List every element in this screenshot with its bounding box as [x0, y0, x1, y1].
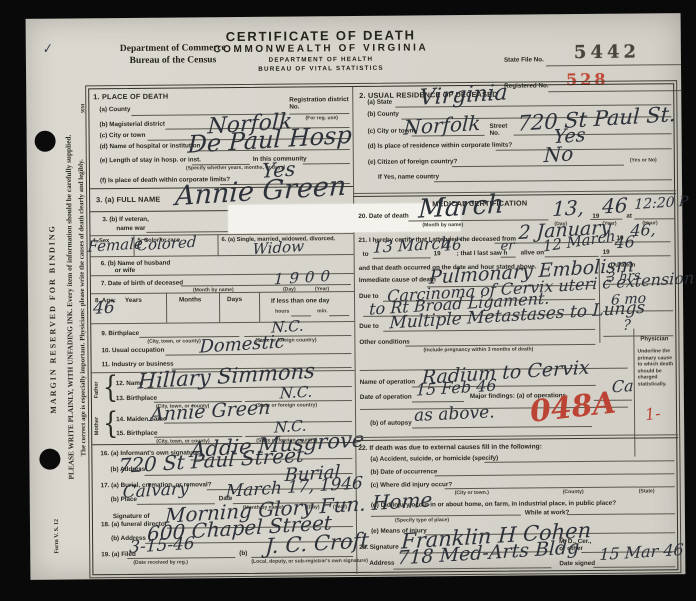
rule [435, 473, 675, 476]
mother-birthplace-label: 15. Birthplace [116, 430, 157, 438]
physician-label: Physician [640, 336, 668, 343]
margin-binding-text: MARGIN RESERVED FOR BINDING [47, 169, 59, 469]
hospital-label: (d) Name of hospital or institution [100, 142, 201, 150]
birth-date-label: 7. Date of birth of deceased [101, 280, 183, 288]
rule [355, 437, 678, 441]
death-year-value: 46 [602, 195, 628, 217]
last-seen-year: 46 [614, 234, 635, 251]
veteran-label: 3. (b) If veteran, [102, 216, 149, 224]
dept-of-health: DEPARTMENT OF HEALTH [176, 55, 466, 65]
rule [329, 315, 349, 316]
pregnancy-note: (Include pregnancy within 3 months of de… [423, 347, 533, 354]
pen-checkmark: ✓ [40, 42, 53, 56]
rule [567, 513, 675, 515]
reg-district-label: Registration district No. [289, 96, 349, 111]
county-label: (a) County [99, 106, 130, 114]
rule [496, 148, 672, 151]
sex-value: Female [87, 236, 143, 254]
filed-date-value: 3-15-46 [129, 536, 195, 557]
birth-date-value: 1900 [274, 269, 337, 288]
rule [412, 401, 464, 402]
registrar-b-label: (b) [239, 550, 247, 557]
funeral-director-label-1: Signature of [113, 513, 150, 521]
street-no-label: Street No. [489, 123, 513, 138]
residence-city-value: Norfolk [403, 113, 481, 138]
physician-signature-label: 23. Signature [359, 544, 399, 552]
immediate-cause-label: Immediate cause of death [359, 276, 436, 284]
birthplace-city-note: (City, town, or county) [147, 339, 200, 345]
rule [91, 321, 354, 324]
residence-corporate-label: (d) Is place of residence within corpora… [368, 142, 513, 150]
punch-hole-top [35, 131, 56, 152]
autopsy-label: (b) of autopsy [370, 420, 412, 428]
occupation-label: 10. Usual occupation [101, 347, 164, 355]
death-hour-value: 12:20 P [634, 195, 689, 212]
husband-label: 6. (b) Name of husband [101, 260, 171, 268]
cell-divider [219, 292, 220, 322]
injury-where-label: (c) Where did injury occur? [371, 481, 453, 489]
rule [546, 64, 681, 66]
mother-rotated-label: Mother [94, 413, 100, 439]
min-label: min. [317, 309, 328, 315]
alive-on-label: alive on [521, 249, 545, 256]
birthplace-label: 9. Birthplace [101, 330, 139, 338]
at-label: at [626, 213, 632, 220]
rule [412, 426, 592, 429]
commonwealth-title: COMMONWEALTH OF VIRGINIA [176, 42, 466, 56]
residence-county-label: (b) County [367, 111, 399, 119]
age-days-header: Days [227, 296, 242, 303]
age-value: 46 [93, 299, 115, 317]
father-birthplace-value: N.C. [280, 384, 313, 401]
yes-or-no-note: (Yes or No) [630, 158, 657, 164]
other-conditions-label: Other conditions [359, 339, 409, 347]
form-body: 1. PLACE OF DEATH (a) County Registratio… [88, 83, 678, 575]
rule [484, 460, 674, 463]
section-1-title: 1. PLACE OF DEATH [93, 93, 168, 102]
hours-label: hours [275, 310, 289, 316]
injury-county-note: (County) [563, 490, 584, 496]
injury-place-label: (d) Did injury occur in or about home, o… [371, 500, 616, 509]
place-type-note: (Specify type of place) [395, 518, 449, 524]
operation-label: Name of operation [360, 378, 415, 386]
state-file-number-stamp: 5442 [574, 42, 640, 64]
date-signed-value: 15 Mar 46 [599, 542, 684, 563]
occurrence-date-label: (b) Date of occurrence [371, 468, 438, 476]
physician-address-label: Address [369, 560, 394, 567]
autopsy-value: as above. [414, 404, 495, 424]
full-name-label: 3. (a) FULL NAME [96, 196, 160, 205]
death-certificate-document: MARGIN RESERVED FOR BINDING PLEASE WRITE… [26, 13, 686, 580]
physician-underline-note: Underline the primary cause to which dea… [637, 348, 677, 388]
husband-label-2: or wife [115, 267, 135, 274]
while-at-work-label: While at work? [525, 509, 569, 517]
her-value: er [500, 239, 514, 253]
accident-label: (a) Accident, suicide, or homicide (spec… [370, 455, 498, 463]
registrar-note: (Local, deputy, or sub-registrar's own s… [251, 559, 368, 566]
father-rotated-label: Father [94, 377, 100, 403]
rule [452, 165, 624, 168]
residence-state-label: (a) State [367, 99, 392, 106]
state-file-label: State File No. [504, 56, 544, 64]
due-to-2-label: Due to [359, 323, 379, 330]
citizen-value: No [543, 143, 573, 165]
registrar-signature: J. C. Croft [265, 530, 370, 557]
rule [303, 163, 350, 164]
street-no-value: 720 St Paul St. [517, 104, 676, 135]
cell-divider [259, 292, 260, 322]
rule [91, 254, 354, 257]
to-label: to [363, 251, 369, 258]
race-value: Colored [136, 235, 197, 254]
age-years-header: Years [125, 297, 142, 304]
margin-form-number: Form V. S. 12 [54, 497, 61, 577]
death-month-note: (Month by name) [422, 223, 463, 229]
cell-divider [217, 234, 218, 255]
death-day-value: 13, [552, 197, 585, 219]
name-country-label: If Yes, name country [378, 173, 439, 181]
residence-state-value: Virginia [419, 82, 508, 110]
filed-note: (Date received by reg.) [133, 560, 188, 566]
father-birthplace-label: 13. Birthplace [116, 395, 157, 403]
bureau-vital-statistics: BUREAU OF VITAL STATISTICS [176, 64, 466, 74]
nineteen-print-3: 19 [434, 250, 441, 257]
red-code-secondary: 1- [644, 406, 661, 424]
less-than-day-label: If less than one day [271, 297, 329, 305]
operation-date-label: Date of operation [360, 394, 412, 402]
stay-label: (e) Length of stay in hosp. or inst. [100, 156, 201, 164]
citizen-label: (e) Citizen of foreign country? [368, 158, 458, 166]
cell-divider [166, 293, 167, 323]
external-causes-title: 22. If death was due to external causes … [358, 443, 542, 452]
due-to-2-duration: ? [623, 318, 631, 333]
date-of-death-label: 20. Date of death [358, 213, 408, 221]
rule [593, 566, 675, 568]
rule [434, 179, 672, 182]
injury-state-note: (State) [639, 489, 655, 495]
occupation-value: Domestic [199, 333, 285, 356]
death-month-value: March [418, 191, 505, 222]
rule [373, 257, 431, 259]
major-findings-value: Ca [611, 378, 633, 395]
rule [501, 257, 516, 258]
red-code-stamp: 048A [529, 388, 618, 428]
date-signed-label: Date signed [559, 560, 595, 568]
age-months-header: Months [179, 296, 201, 303]
burial-place-value: Calvary [122, 481, 189, 502]
veteran-war-label: name war [116, 225, 145, 232]
injury-city-note: (City or town.) [455, 491, 489, 497]
margin-ink-note: PLEASE WRITE PLAINLY, WITH UNFADING INK.… [63, 42, 77, 572]
city-town-label: (c) City or town [100, 132, 146, 140]
magisterial-label: (b) Magisterial district [99, 121, 164, 129]
